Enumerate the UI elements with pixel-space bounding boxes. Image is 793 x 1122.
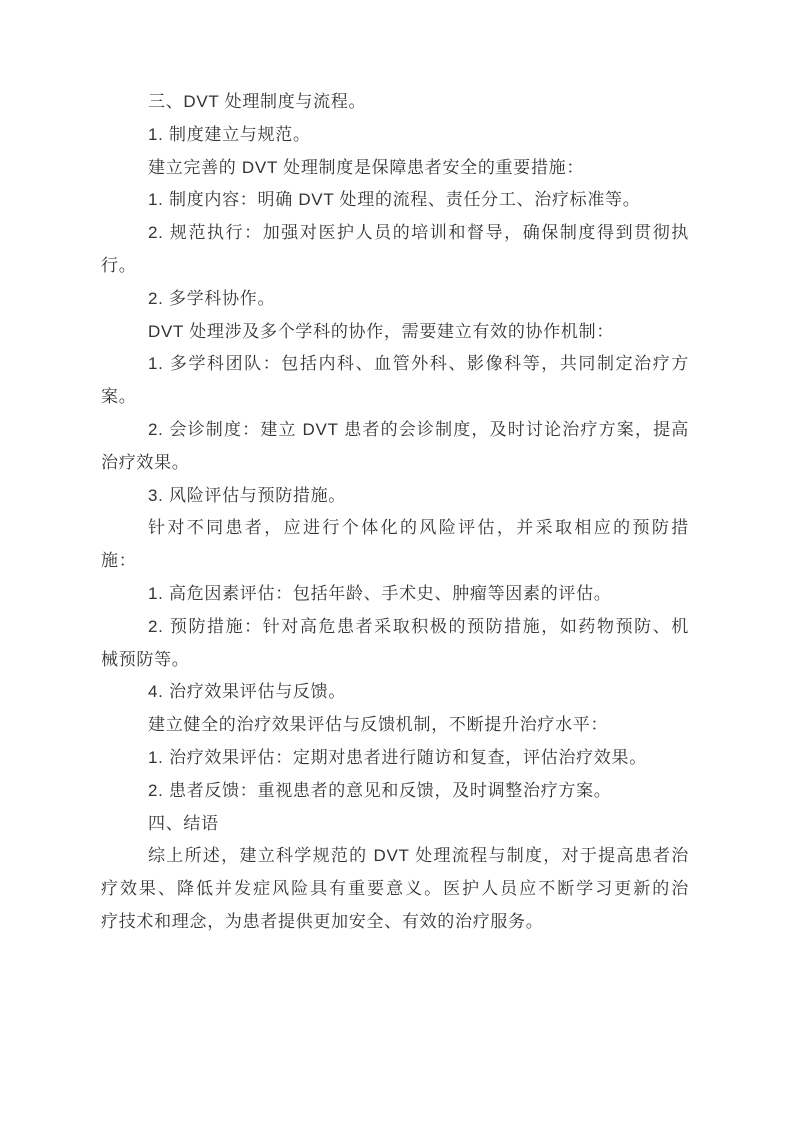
text-line: 疗技术和理念，为患者提供更加安全、有效的治疗服务。 bbox=[101, 906, 689, 939]
document-page: { "page": { "background_color": "#ffffff… bbox=[0, 0, 793, 1122]
text-line: 2. 多学科协作。 bbox=[101, 283, 689, 316]
text-line: 案。 bbox=[101, 381, 689, 414]
text-line: 施： bbox=[101, 545, 689, 578]
text-line: 建立健全的治疗效果评估与反馈机制，不断提升治疗水平： bbox=[101, 709, 689, 742]
text-line: 4. 治疗效果评估与反馈。 bbox=[101, 676, 689, 709]
text-line: 2. 预防措施：针对高危患者采取积极的预防措施，如药物预防、机 bbox=[101, 611, 689, 644]
text-line: 疗效果、降低并发症风险具有重要意义。医护人员应不断学习更新的治 bbox=[101, 873, 689, 906]
document-body: 三、DVT 处理制度与流程。1. 制度建立与规范。建立完善的 DVT 处理制度是… bbox=[101, 86, 689, 939]
text-line: 1. 治疗效果评估：定期对患者进行随访和复查，评估治疗效果。 bbox=[101, 742, 689, 775]
text-line: 1. 制度建立与规范。 bbox=[101, 119, 689, 152]
text-line: 1. 制度内容：明确 DVT 处理的流程、责任分工、治疗标准等。 bbox=[101, 184, 689, 217]
text-line: 四、结语 bbox=[101, 808, 689, 841]
text-line: 2. 规范执行：加强对医护人员的培训和督导，确保制度得到贯彻执 bbox=[101, 217, 689, 250]
text-line: 综上所述，建立科学规范的 DVT 处理流程与制度，对于提高患者治 bbox=[101, 840, 689, 873]
text-line: 2. 患者反馈：重视患者的意见和反馈，及时调整治疗方案。 bbox=[101, 775, 689, 808]
text-line: 建立完善的 DVT 处理制度是保障患者安全的重要措施： bbox=[101, 152, 689, 185]
text-line: 械预防等。 bbox=[101, 644, 689, 677]
text-line: 3. 风险评估与预防措施。 bbox=[101, 480, 689, 513]
text-line: 2. 会诊制度：建立 DVT 患者的会诊制度，及时讨论治疗方案，提高 bbox=[101, 414, 689, 447]
text-line: DVT 处理涉及多个学科的协作，需要建立有效的协作机制： bbox=[101, 316, 689, 349]
text-line: 治疗效果。 bbox=[101, 447, 689, 480]
text-line: 1. 多学科团队：包括内科、血管外科、影像科等，共同制定治疗方 bbox=[101, 348, 689, 381]
text-line: 行。 bbox=[101, 250, 689, 283]
text-line: 1. 高危因素评估：包括年龄、手术史、肿瘤等因素的评估。 bbox=[101, 578, 689, 611]
text-line: 三、DVT 处理制度与流程。 bbox=[101, 86, 689, 119]
text-line: 针对不同患者，应进行个体化的风险评估，并采取相应的预防措 bbox=[101, 512, 689, 545]
